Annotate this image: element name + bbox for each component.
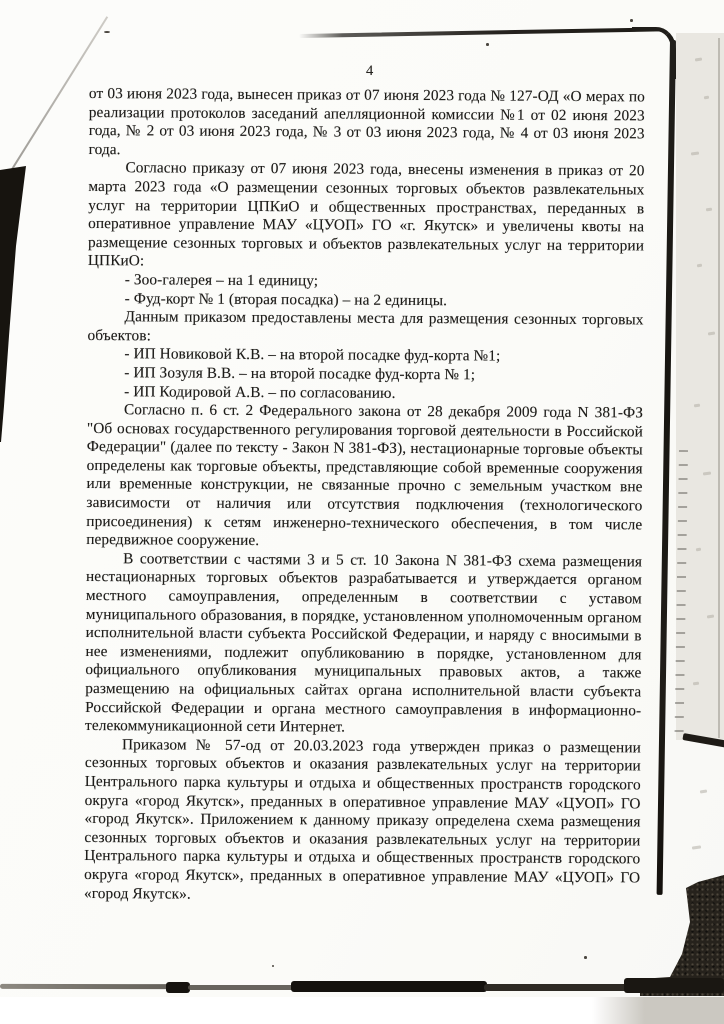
ink-speck	[630, 19, 633, 22]
paragraph: В соответствии с частями 3 и 5 ст. 10 За…	[85, 550, 642, 739]
paragraph: Приказом № 57-од от 20.03.2023 года утве…	[84, 736, 641, 907]
paragraph: Согласно приказу от 07 июня 2023 года, в…	[88, 159, 645, 274]
bottom-tear-band	[291, 981, 487, 992]
top-page-edge-line	[299, 27, 661, 38]
scanned-document-page: 4 от 03 июня 2023 года, вынесен приказ о…	[0, 0, 724, 1024]
bottom-tear-band	[166, 982, 190, 993]
paragraph: от 03 июня 2023 года, вынесен приказ от …	[89, 85, 645, 163]
scan-noise-mark	[700, 790, 707, 794]
bottom-tear-band	[188, 985, 294, 990]
scan-noise-mark	[692, 845, 701, 849]
page-number: 4	[366, 63, 373, 80]
left-edge-shadow	[0, 156, 30, 448]
ink-speck	[584, 956, 587, 959]
right-page-edge-line	[657, 40, 676, 895]
ink-speck	[272, 965, 274, 967]
scanner-bottom-right-shade	[592, 997, 724, 1024]
paragraph: Согласно п. 6 ст. 2 Федерального закона …	[86, 401, 643, 553]
bottom-tear-band	[484, 984, 630, 991]
bottom-tear-band	[0, 984, 170, 989]
scanner-strip-line	[718, 38, 720, 738]
document-body: от 03 июня 2023 года, вынесен приказ от …	[84, 85, 645, 907]
paragraph: Данным приказом предоставлены места для …	[87, 308, 643, 349]
bottom-tear-band	[624, 978, 724, 993]
ink-speck	[104, 31, 110, 33]
ink-speck	[486, 43, 489, 46]
